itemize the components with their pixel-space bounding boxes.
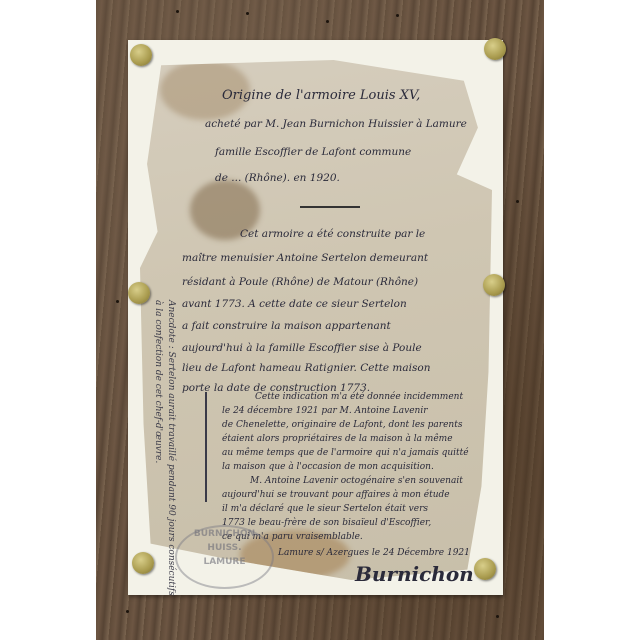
note-line: étaient alors propriétaires de la maison… — [222, 434, 453, 444]
body-line: aujourd'hui à la famille Escoffier sise … — [182, 342, 422, 354]
heading-line: acheté par M. Jean Burnichon Huissier à … — [205, 118, 467, 130]
note-line: de Chenelette, originaire de Lafont, don… — [222, 420, 462, 430]
note-line: le 24 décembre 1921 par M. Antoine Laven… — [222, 406, 428, 416]
brass-pin-icon — [130, 44, 152, 66]
margin-note: à la confection de cet chef-d'œuvre. — [153, 300, 163, 463]
note-bracket — [205, 392, 213, 502]
stamp-text: LAMURE — [177, 555, 272, 569]
body-line: Cet armoire a été construite par le — [240, 228, 425, 240]
stamp-text: HUISS. — [177, 541, 272, 555]
note-line: au même temps que de l'armoire qui n'a j… — [222, 448, 469, 458]
note-line: la maison que à l'occasion de mon acquis… — [222, 462, 434, 472]
divider — [300, 206, 360, 208]
heading-line: de ... (Rhône). en 1920. — [215, 172, 340, 184]
signature: Burnichon — [355, 562, 474, 586]
heading-line: famille Escoffier de Lafont commune — [215, 146, 411, 158]
body-line: avant 1773. A cette date ce sieur Sertel… — [182, 298, 407, 310]
body-line: a fait construire la maison appartenant — [182, 320, 391, 332]
note-line: Cette indication m'a été donnée incidemm… — [255, 392, 463, 402]
brass-pin-icon — [474, 558, 496, 580]
brass-pin-icon — [484, 38, 506, 60]
official-stamp: BURNICHON HUISS. LAMURE — [175, 525, 274, 589]
heading-line: Origine de l'armoire Louis XV, — [222, 88, 420, 103]
brass-pin-icon — [132, 552, 154, 574]
stamp-text: BURNICHON — [177, 527, 272, 541]
note-line: M. Antoine Lavenir octogénaire s'en souv… — [250, 476, 463, 486]
note-line: aujourd'hui se trouvant pour affaires à … — [222, 490, 450, 500]
brass-pin-icon — [128, 282, 150, 304]
brass-pin-icon — [483, 274, 505, 296]
margin-note: Anecdote : Sertelon aurait travaillé pen… — [166, 300, 176, 596]
note-line: il m'a déclaré que le sieur Sertelon éta… — [222, 504, 428, 514]
body-line: lieu de Lafont hameau Ratignier. Cette m… — [182, 362, 430, 374]
body-line: maître menuisier Antoine Sertelon demeur… — [182, 252, 428, 264]
dateline: Lamure s/ Azergues le 24 Décembre 1921 — [278, 548, 470, 558]
body-line: résidant à Poule (Rhône) de Matour (Rhôn… — [182, 276, 418, 288]
